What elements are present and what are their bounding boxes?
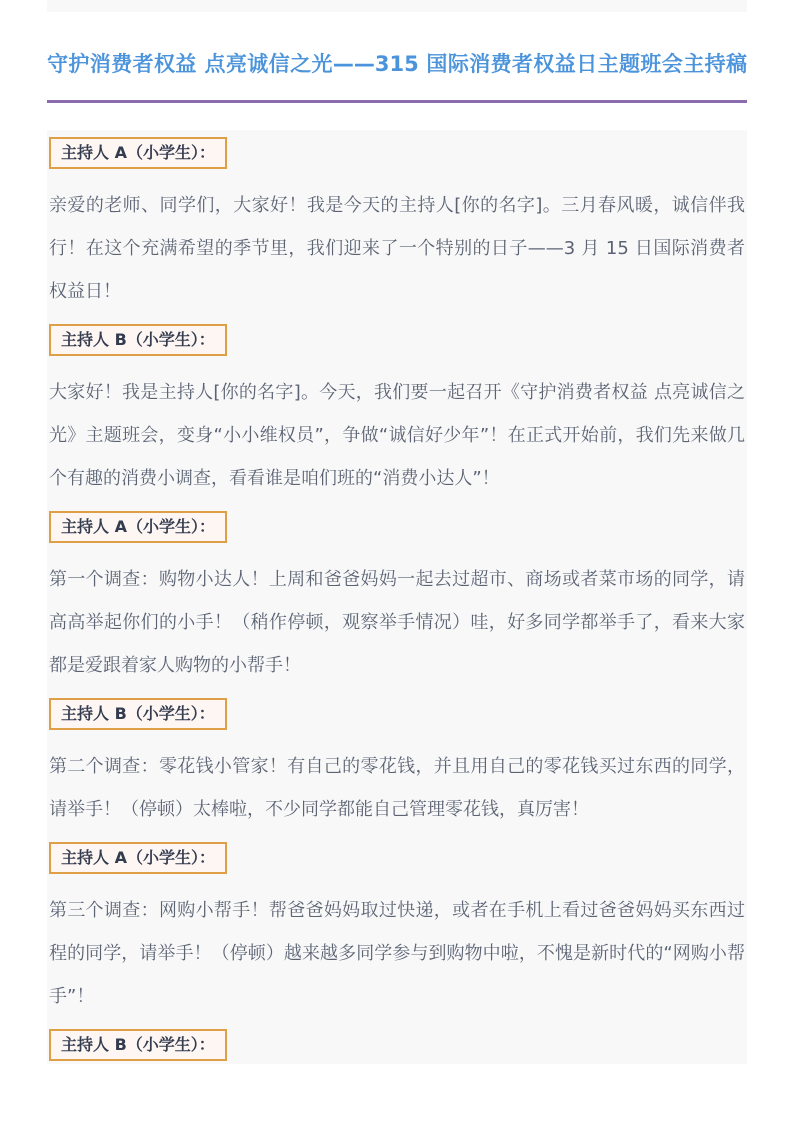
script-section: 主持人 A（小学生）： 第一个调查：购物小达人！上周和爸爸妈妈一起去过超市、商场… (49, 511, 745, 687)
document-page: 守护消费者权益 点亮诚信之光——315 国际消费者权益日主题班会主持稿 主持人 … (0, 0, 793, 1122)
script-section: 主持人 A（小学生）： 第三个调查：网购小帮手！帮爸爸妈妈取过快递，或者在手机上… (49, 842, 745, 1018)
speaker-label: 主持人 A（小学生）： (49, 842, 227, 874)
script-section: 主持人 B（小学生）： (49, 1029, 745, 1061)
speaker-paragraph: 亲爱的老师、同学们，大家好！我是今天的主持人[你的名字]。三月春风暖，诚信伴我行… (49, 184, 745, 313)
document-body: 主持人 A（小学生）： 亲爱的老师、同学们，大家好！我是今天的主持人[你的名字]… (47, 130, 747, 1064)
script-section: 主持人 B（小学生）： 第二个调查：零花钱小管家！有自己的零花钱，并且用自己的零… (49, 698, 745, 831)
speaker-label: 主持人 B（小学生）： (49, 1029, 227, 1061)
speaker-paragraph: 第二个调查：零花钱小管家！有自己的零花钱，并且用自己的零花钱买过东西的同学，请举… (49, 745, 745, 831)
document-title: 守护消费者权益 点亮诚信之光——315 国际消费者权益日主题班会主持稿 (47, 50, 747, 78)
speaker-label: 主持人 B（小学生）： (49, 324, 227, 356)
speaker-paragraph: 第三个调查：网购小帮手！帮爸爸妈妈取过快递，或者在手机上看过爸爸妈妈买东西过程的… (49, 889, 745, 1018)
speaker-label: 主持人 B（小学生）： (49, 698, 227, 730)
title-divider (47, 100, 747, 103)
script-section: 主持人 B（小学生）： 大家好！我是主持人[你的名字]。今天，我们要一起召开《守… (49, 324, 745, 500)
page-top-strip (47, 0, 747, 12)
speaker-label: 主持人 A（小学生）： (49, 511, 227, 543)
script-section: 主持人 A（小学生）： 亲爱的老师、同学们，大家好！我是今天的主持人[你的名字]… (49, 137, 745, 313)
speaker-label: 主持人 A（小学生）： (49, 137, 227, 169)
speaker-paragraph: 大家好！我是主持人[你的名字]。今天，我们要一起召开《守护消费者权益 点亮诚信之… (49, 371, 745, 500)
speaker-paragraph: 第一个调查：购物小达人！上周和爸爸妈妈一起去过超市、商场或者菜市场的同学，请高高… (49, 558, 745, 687)
